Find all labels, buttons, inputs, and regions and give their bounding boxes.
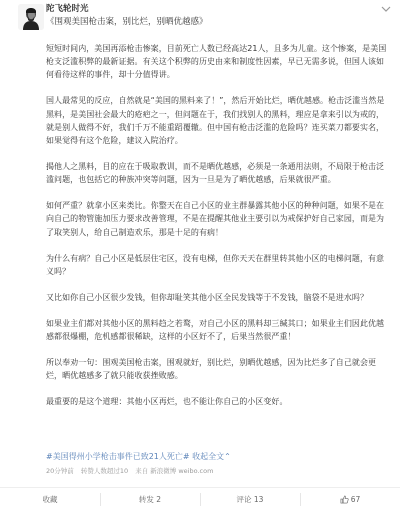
thumbs-up-icon (340, 495, 349, 504)
paragraph: 所以奉劝一句：围观美国枪击案，围观就好，别比烂，别晒优越感，因为比烂多了自己就会… (46, 356, 390, 382)
weibo-post-card: 陀飞轮时光 《围观美国枪击案，别比烂，别晒优越感》 短短时间内，美国再添枪击惨案… (0, 0, 400, 510)
chevron-up-icon: ⌃ (224, 452, 231, 461)
like-button[interactable]: 67 (300, 488, 400, 510)
paragraph: 短短时间内，美国再添枪击惨案，目前死亡人数已经高达21人，且多为儿童。这个惨案，… (46, 42, 390, 82)
paragraph: 为什么有病？自己小区是低层住宅区，没有电梯，但你天天在群里转其他小区的电梯问题，… (46, 252, 390, 278)
chevron-down-icon[interactable] (380, 4, 392, 14)
paragraph: 又比如你自己小区很少发钱，但你却耻笑其他小区全民发钱等于不发钱，脑袋不是进水吗？ (46, 291, 390, 304)
paragraph: 国人最常见的反应，自然就是“美国的黑料来了！”，然后开始比烂，晒优越感。枪击泛滥… (46, 94, 390, 147)
topic-hashtag-link[interactable]: #美国得州小学枪击事件已致21人死亡# (46, 452, 190, 461)
favorite-label: 收藏 (43, 494, 58, 505)
like-count: 67 (351, 495, 361, 504)
paragraph: 揭他人之黑料，目的应在于吸取教训，而不是晒优越感，必须是一条通用法则，不局限于枪… (46, 160, 390, 186)
post-title: 《围观美国枪击案，别比烂，别晒优越感》 (46, 16, 208, 28)
avatar[interactable] (18, 4, 44, 30)
paragraph: 最重要的是这个道理：其他小区再烂，也不能让你自己的小区变好。 (46, 395, 390, 408)
avatar-portrait-icon (18, 4, 44, 30)
post-source: 来自 新浪微博 weibo.com (135, 467, 213, 475)
post-time[interactable]: 20分钟前 (46, 467, 74, 475)
post-body: 短短时间内，美国再添枪击惨案，目前死亡人数已经高达21人，且多为儿童。这个惨案，… (46, 42, 390, 421)
comment-button[interactable]: 评论 13 (200, 488, 300, 510)
comment-label: 评论 13 (237, 494, 264, 505)
repost-note: 转赞人数超过10 (81, 467, 128, 475)
repost-button[interactable]: 转发 2 (100, 488, 200, 510)
action-bar: 收藏 转发 2 评论 13 67 (0, 487, 400, 510)
username[interactable]: 陀飞轮时光 (46, 3, 89, 15)
paragraph: 如何严重？就拿小区来类比。你整天在自己小区的业主群暴露其他小区的种种问题，如果不… (46, 199, 390, 239)
collapse-label: 收起全文 (192, 452, 224, 461)
repost-label: 转发 2 (139, 494, 161, 505)
collapse-link[interactable]: 收起全文⌃ (192, 452, 231, 461)
topic-row: #美国得州小学枪击事件已致21人死亡# 收起全文⌃ (46, 451, 231, 463)
post-meta: 20分钟前 转赞人数超过10 来自 新浪微博 weibo.com (46, 466, 218, 476)
favorite-button[interactable]: 收藏 (0, 488, 100, 510)
paragraph: 如果业主们都对其他小区的黑料趋之若鹜，对自己小区的黑料却三缄其口；如果业主们因此… (46, 317, 390, 343)
